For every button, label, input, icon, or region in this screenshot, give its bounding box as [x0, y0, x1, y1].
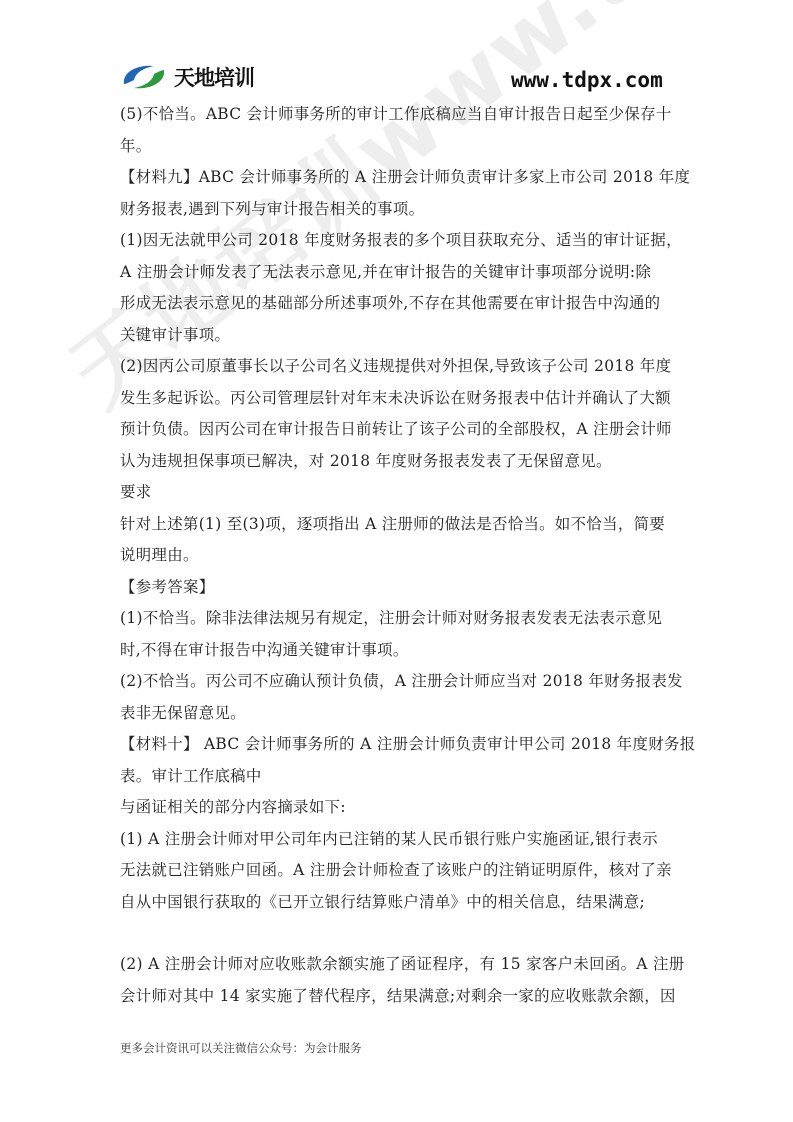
- page-footer: 更多会计资讯可以关注微信公众号：为会计服务: [120, 1040, 362, 1056]
- text-line: 无法就已注销账户回函。A 注册会计师检查了该账户的注销证明原件，核对了亲: [120, 855, 680, 887]
- document-body: (5)不恰当。ABC 会计师事务所的审计工作底稿应当自审计报告日起至少保存十 年…: [120, 99, 680, 1012]
- text-line: 表非无保留意见。: [120, 698, 680, 730]
- brand-name: 天地培训: [174, 62, 254, 92]
- page-header: 天地培训 www.tdpx.com: [0, 0, 793, 100]
- material-nine-heading: 【材料九】ABC 会计师事务所的 A 注册会计师负责审计多家上市公司 2018 …: [120, 162, 680, 194]
- text-line: 年。: [120, 131, 680, 163]
- logo-swoosh-icon: [120, 62, 168, 92]
- text-line: 认为违规担保事项已解决，对 2018 年度财务报表发表了无保留意见。: [120, 446, 680, 478]
- text-line: (1)不恰当。除非法律法规另有规定，注册会计师对财务报表发表无法表示意见: [120, 603, 680, 635]
- text-line: 财务报表,遇到下列与审计报告相关的事项。: [120, 194, 680, 226]
- text-line: 自从中国银行获取的《已开立银行结算账户清单》中的相关信息，结果满意;: [120, 887, 680, 919]
- text-line: (1)因无法就甲公司 2018 年度财务报表的多个项目获取充分、适当的审计证据，: [120, 225, 680, 257]
- text-line: 形成无法表示意见的基础部分所述事项外,不存在其他需要在审计报告中沟通的: [120, 288, 680, 320]
- text-line: 表。审计工作底稿中: [120, 761, 680, 793]
- text-line: 针对上述第(1) 至(3)项，逐项指出 A 注册师的做法是否恰当。如不恰当，简要: [120, 509, 680, 541]
- text-line: (1) A 注册会计师对甲公司年内已注销的某人民币银行账户实施函证,银行表示: [120, 824, 680, 856]
- text-line: 与函证相关的部分内容摘录如下:: [120, 792, 680, 824]
- text-line: 发生多起诉讼。丙公司管理层针对年末未决诉讼在财务报表中估计并确认了大额: [120, 383, 680, 415]
- material-ten-heading: 【材料十】 ABC 会计师事务所的 A 注册会计师负责审计甲公司 2018 年度…: [120, 729, 680, 761]
- text-line: (2)因丙公司原董事长以子公司名义违规提供对外担保,导致该子公司 2018 年度: [120, 351, 680, 383]
- text-line: (2) A 注册会计师对应收账款余额实施了函证程序，有 15 家客户未回函。A …: [120, 949, 680, 981]
- text-line: (2)不恰当。丙公司不应确认预计负债，A 注册会计师应当对 2018 年财务报表…: [120, 666, 680, 698]
- text-line: 关键审计事项。: [120, 320, 680, 352]
- text-line: (5)不恰当。ABC 会计师事务所的审计工作底稿应当自审计报告日起至少保存十: [120, 99, 680, 131]
- text-line: 时,不得在审计报告中沟通关键审计事项。: [120, 635, 680, 667]
- site-url: www.tdpx.com: [511, 68, 663, 92]
- brand-logo: 天地培训: [120, 62, 254, 92]
- text-line: A 注册会计师发表了无法表示意见,并在审计报告的关键审计事项部分说明:除: [120, 257, 680, 289]
- requirement-heading: 要求: [120, 477, 680, 509]
- text-line: 预计负债。因丙公司在审计报告日前转让了该子公司的全部股权，A 注册会计师: [120, 414, 680, 446]
- text-line: 会计师对其中 14 家实施了替代程序，结果满意;对剩余一家的应收账款余额，因: [120, 981, 680, 1013]
- paragraph-gap: [120, 918, 680, 949]
- text-line: 说明理由。: [120, 540, 680, 572]
- answer-heading: 【参考答案】: [120, 572, 680, 604]
